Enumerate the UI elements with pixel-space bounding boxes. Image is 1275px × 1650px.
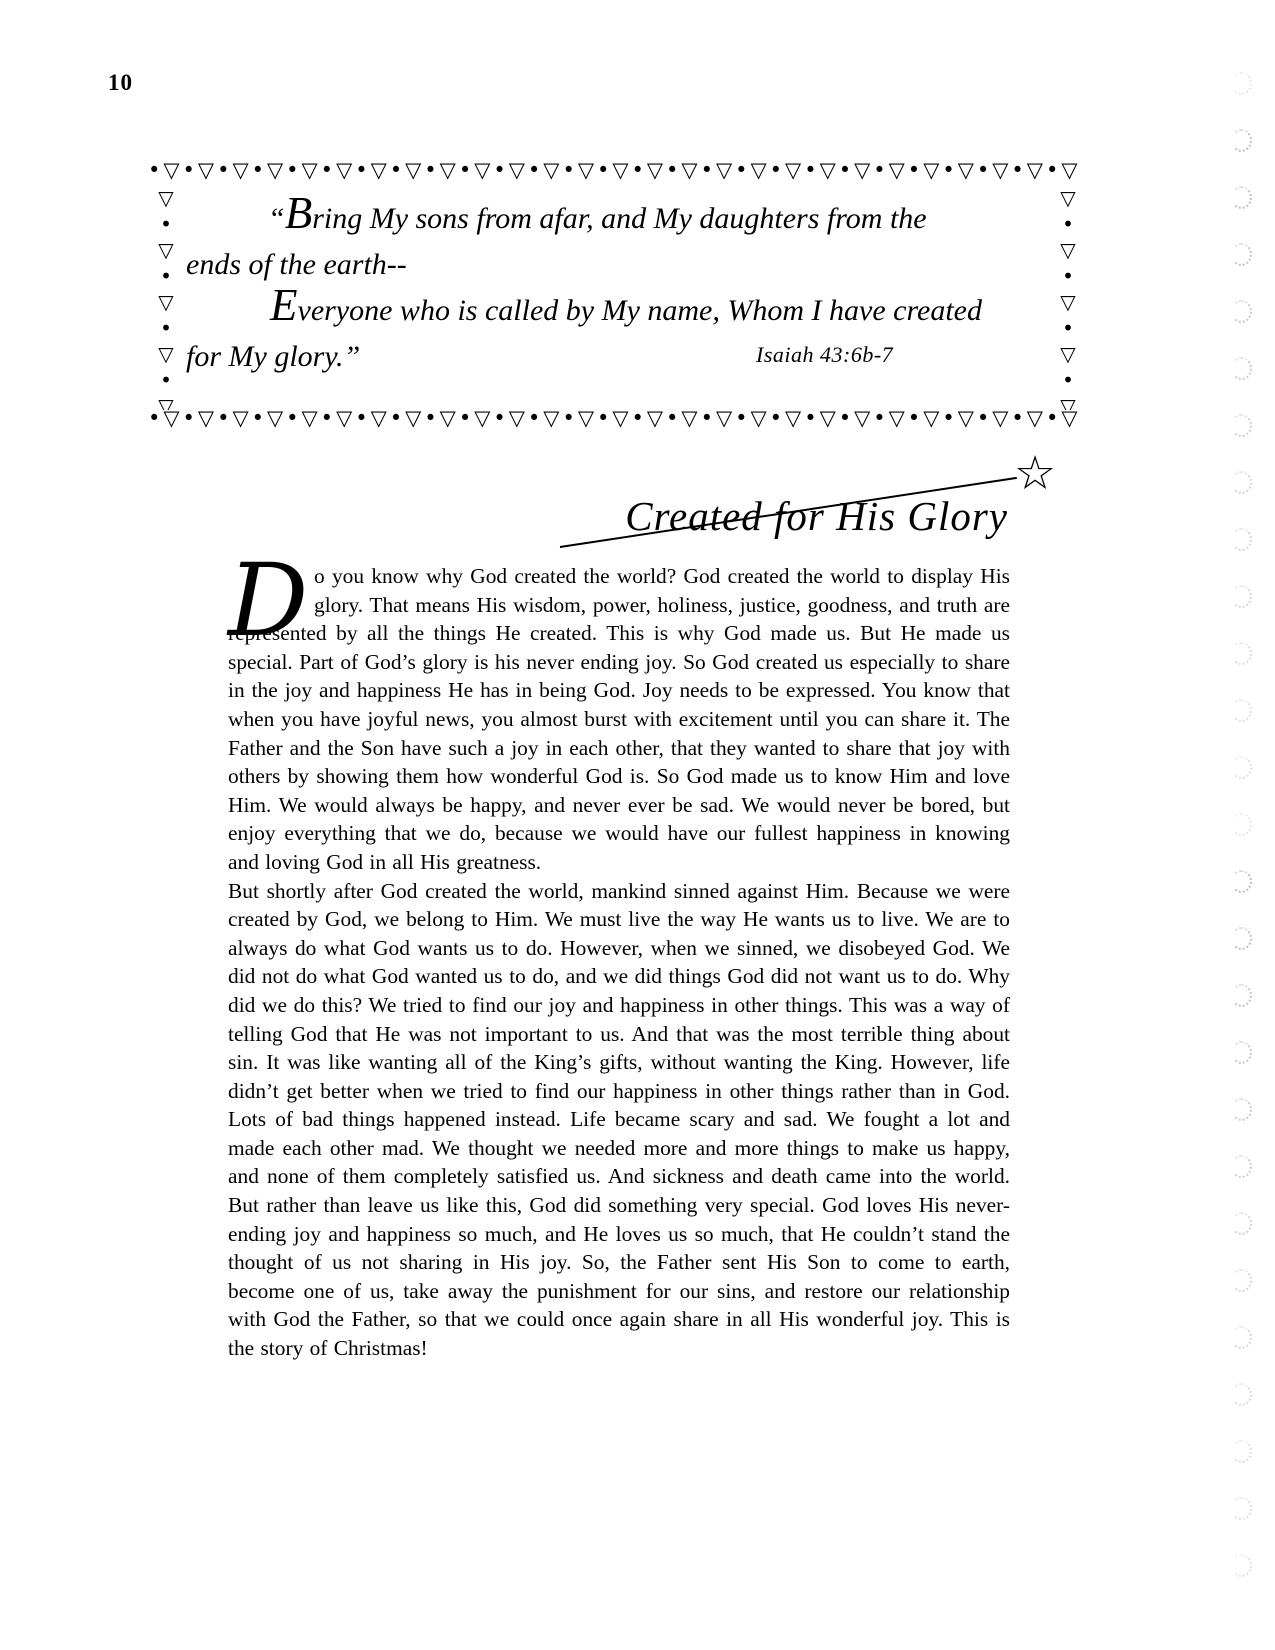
binding-arc — [1231, 414, 1252, 437]
triangle-border-right: ▽•▽•▽•▽•▽•▽•▽•▽•▽•▽•▽ — [1050, 186, 1080, 410]
paragraph-1-text: o you know why God created the world? Go… — [228, 564, 1010, 874]
triangle-border-top: •▽•▽•▽•▽•▽•▽•▽•▽•▽•▽•▽•▽•▽•▽•▽•▽•▽•▽•▽•▽… — [148, 158, 1080, 188]
quote-line-4-text: for My glory.” — [186, 340, 360, 373]
quote-line-2: ends of the earth-- — [186, 242, 1054, 288]
binding-arc — [1231, 756, 1252, 779]
scanned-document-page: 10 •▽•▽•▽•▽•▽•▽•▽•▽•▽•▽•▽•▽•▽•▽•▽•▽•▽•▽•… — [0, 0, 1275, 1650]
binding-arc — [1231, 585, 1252, 608]
binding-arc — [1231, 186, 1252, 209]
paragraph-2: But shortly after God created the world,… — [228, 877, 1010, 1363]
binding-arc — [1231, 870, 1252, 893]
binding-arc — [1231, 72, 1252, 95]
binding-arc — [1231, 129, 1252, 152]
binding-arc — [1231, 471, 1252, 494]
quote-line-4: for My glory.”Isaiah 43:6b-7 — [186, 334, 1054, 380]
quote-line-3: Everyone who is called by My name, Whom … — [186, 288, 1054, 334]
star-icon: ☆ — [1014, 450, 1056, 497]
page-number: 10 — [108, 70, 133, 96]
binding-arc — [1231, 1041, 1252, 1064]
scripture-quote-box: •▽•▽•▽•▽•▽•▽•▽•▽•▽•▽•▽•▽•▽•▽•▽•▽•▽•▽•▽•▽… — [148, 158, 1080, 436]
article-body: Do you know why God created the world? G… — [228, 562, 1010, 1363]
scripture-quote-text: “Bring My sons from afar, and My daughte… — [186, 196, 1054, 380]
binding-arc — [1231, 300, 1252, 323]
binding-arc — [1231, 1269, 1252, 1292]
binding-arc — [1231, 699, 1252, 722]
quote-line-1: “Bring My sons from afar, and My daughte… — [186, 196, 1054, 242]
dropcap-initial: D — [228, 562, 314, 619]
binding-arc — [1231, 984, 1252, 1007]
binding-arc — [1231, 1383, 1252, 1406]
binding-arc — [1231, 642, 1252, 665]
triangle-border-left: ▽•▽•▽•▽•▽•▽•▽•▽•▽•▽•▽ — [148, 186, 178, 410]
spiral-binding-marks — [1225, 0, 1275, 1650]
chapter-title: Created for His Glory — [560, 492, 1008, 540]
binding-arc — [1231, 1326, 1252, 1349]
paragraph-1: Do you know why God created the world? G… — [228, 562, 1010, 877]
binding-arc — [1231, 813, 1252, 836]
quote-initial-capital-b: B — [285, 188, 313, 238]
binding-arc — [1231, 1497, 1252, 1520]
binding-arc — [1231, 357, 1252, 380]
binding-arc — [1231, 1554, 1252, 1577]
binding-arc — [1231, 1098, 1252, 1121]
binding-arc — [1231, 1440, 1252, 1463]
quote-line-1-text: ring My sons from afar, and My daughters… — [312, 202, 926, 235]
binding-arc — [1231, 243, 1252, 266]
binding-arc — [1231, 1212, 1252, 1235]
binding-arc — [1231, 1155, 1252, 1178]
scripture-reference: Isaiah 43:6b-7 — [756, 332, 893, 378]
binding-arc — [1231, 927, 1252, 950]
open-quote-mark: “ — [268, 202, 285, 235]
quote-line-3-text: veryone who is called by My name, Whom I… — [298, 294, 982, 327]
quote-initial-capital-e: E — [270, 280, 298, 330]
binding-arc — [1231, 528, 1252, 551]
triangle-border-bottom: •▽•▽•▽•▽•▽•▽•▽•▽•▽•▽•▽•▽•▽•▽•▽•▽•▽•▽•▽•▽… — [148, 406, 1080, 436]
